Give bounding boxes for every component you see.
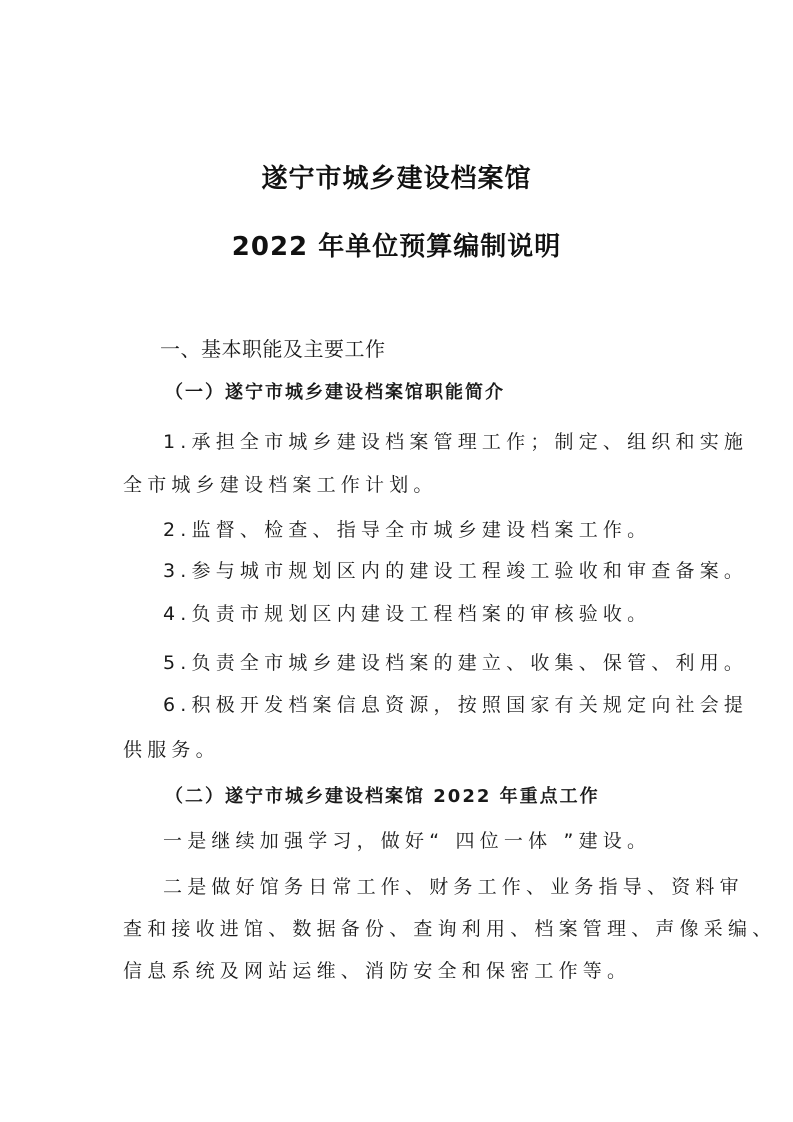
key-work-paragraph-1: 一是继续加强学习，做好“ 四位一体 ”建设。: [163, 826, 651, 853]
subsection-heading-functions: （一）遂宁市城乡建设档案馆职能简介: [165, 378, 505, 404]
subsection-heading-key-work: （二）遂宁市城乡建设档案馆 2022 年重点工作: [165, 782, 600, 808]
function-item-1-line2: 全市城乡建设档案工作计划。: [123, 470, 438, 497]
function-item-5: 5.负责全市城乡建设档案的建立、收集、保管、利用。: [163, 648, 748, 675]
key-work-paragraph-2-line1: 二是做好馆务日常工作、财务工作、业务指导、资料审: [163, 872, 744, 899]
function-item-4: 4.负责市规划区内建设工程档案的审核验收。: [163, 599, 651, 626]
function-item-6-line1: 6.积极开发档案信息资源，按照国家有关规定向社会提: [163, 690, 748, 717]
document-subtitle: 2022 年单位预算编制说明: [0, 226, 793, 263]
document-page: 遂宁市城乡建设档案馆 2022 年单位预算编制说明 一、基本职能及主要工作 （一…: [0, 0, 793, 1122]
function-item-2: 2.监督、检查、指导全市城乡建设档案工作。: [163, 515, 651, 542]
key-work-paragraph-2-line2: 查和接收进馆、数据备份、查询利用、档案管理、声像采编、: [123, 914, 776, 941]
section-heading-basic-functions: 一、基本职能及主要工作: [160, 333, 386, 362]
document-title: 遂宁市城乡建设档案馆: [0, 158, 793, 195]
function-item-6-line2: 供服务。: [123, 735, 220, 762]
key-work-paragraph-2-line3: 信息系统及网站运维、消防安全和保密工作等。: [123, 956, 631, 983]
function-item-1-line1: 1.承担全市城乡建设档案管理工作；制定、组织和实施: [163, 427, 748, 454]
function-item-3: 3.参与城市规划区内的建设工程竣工验收和审查备案。: [163, 556, 748, 583]
